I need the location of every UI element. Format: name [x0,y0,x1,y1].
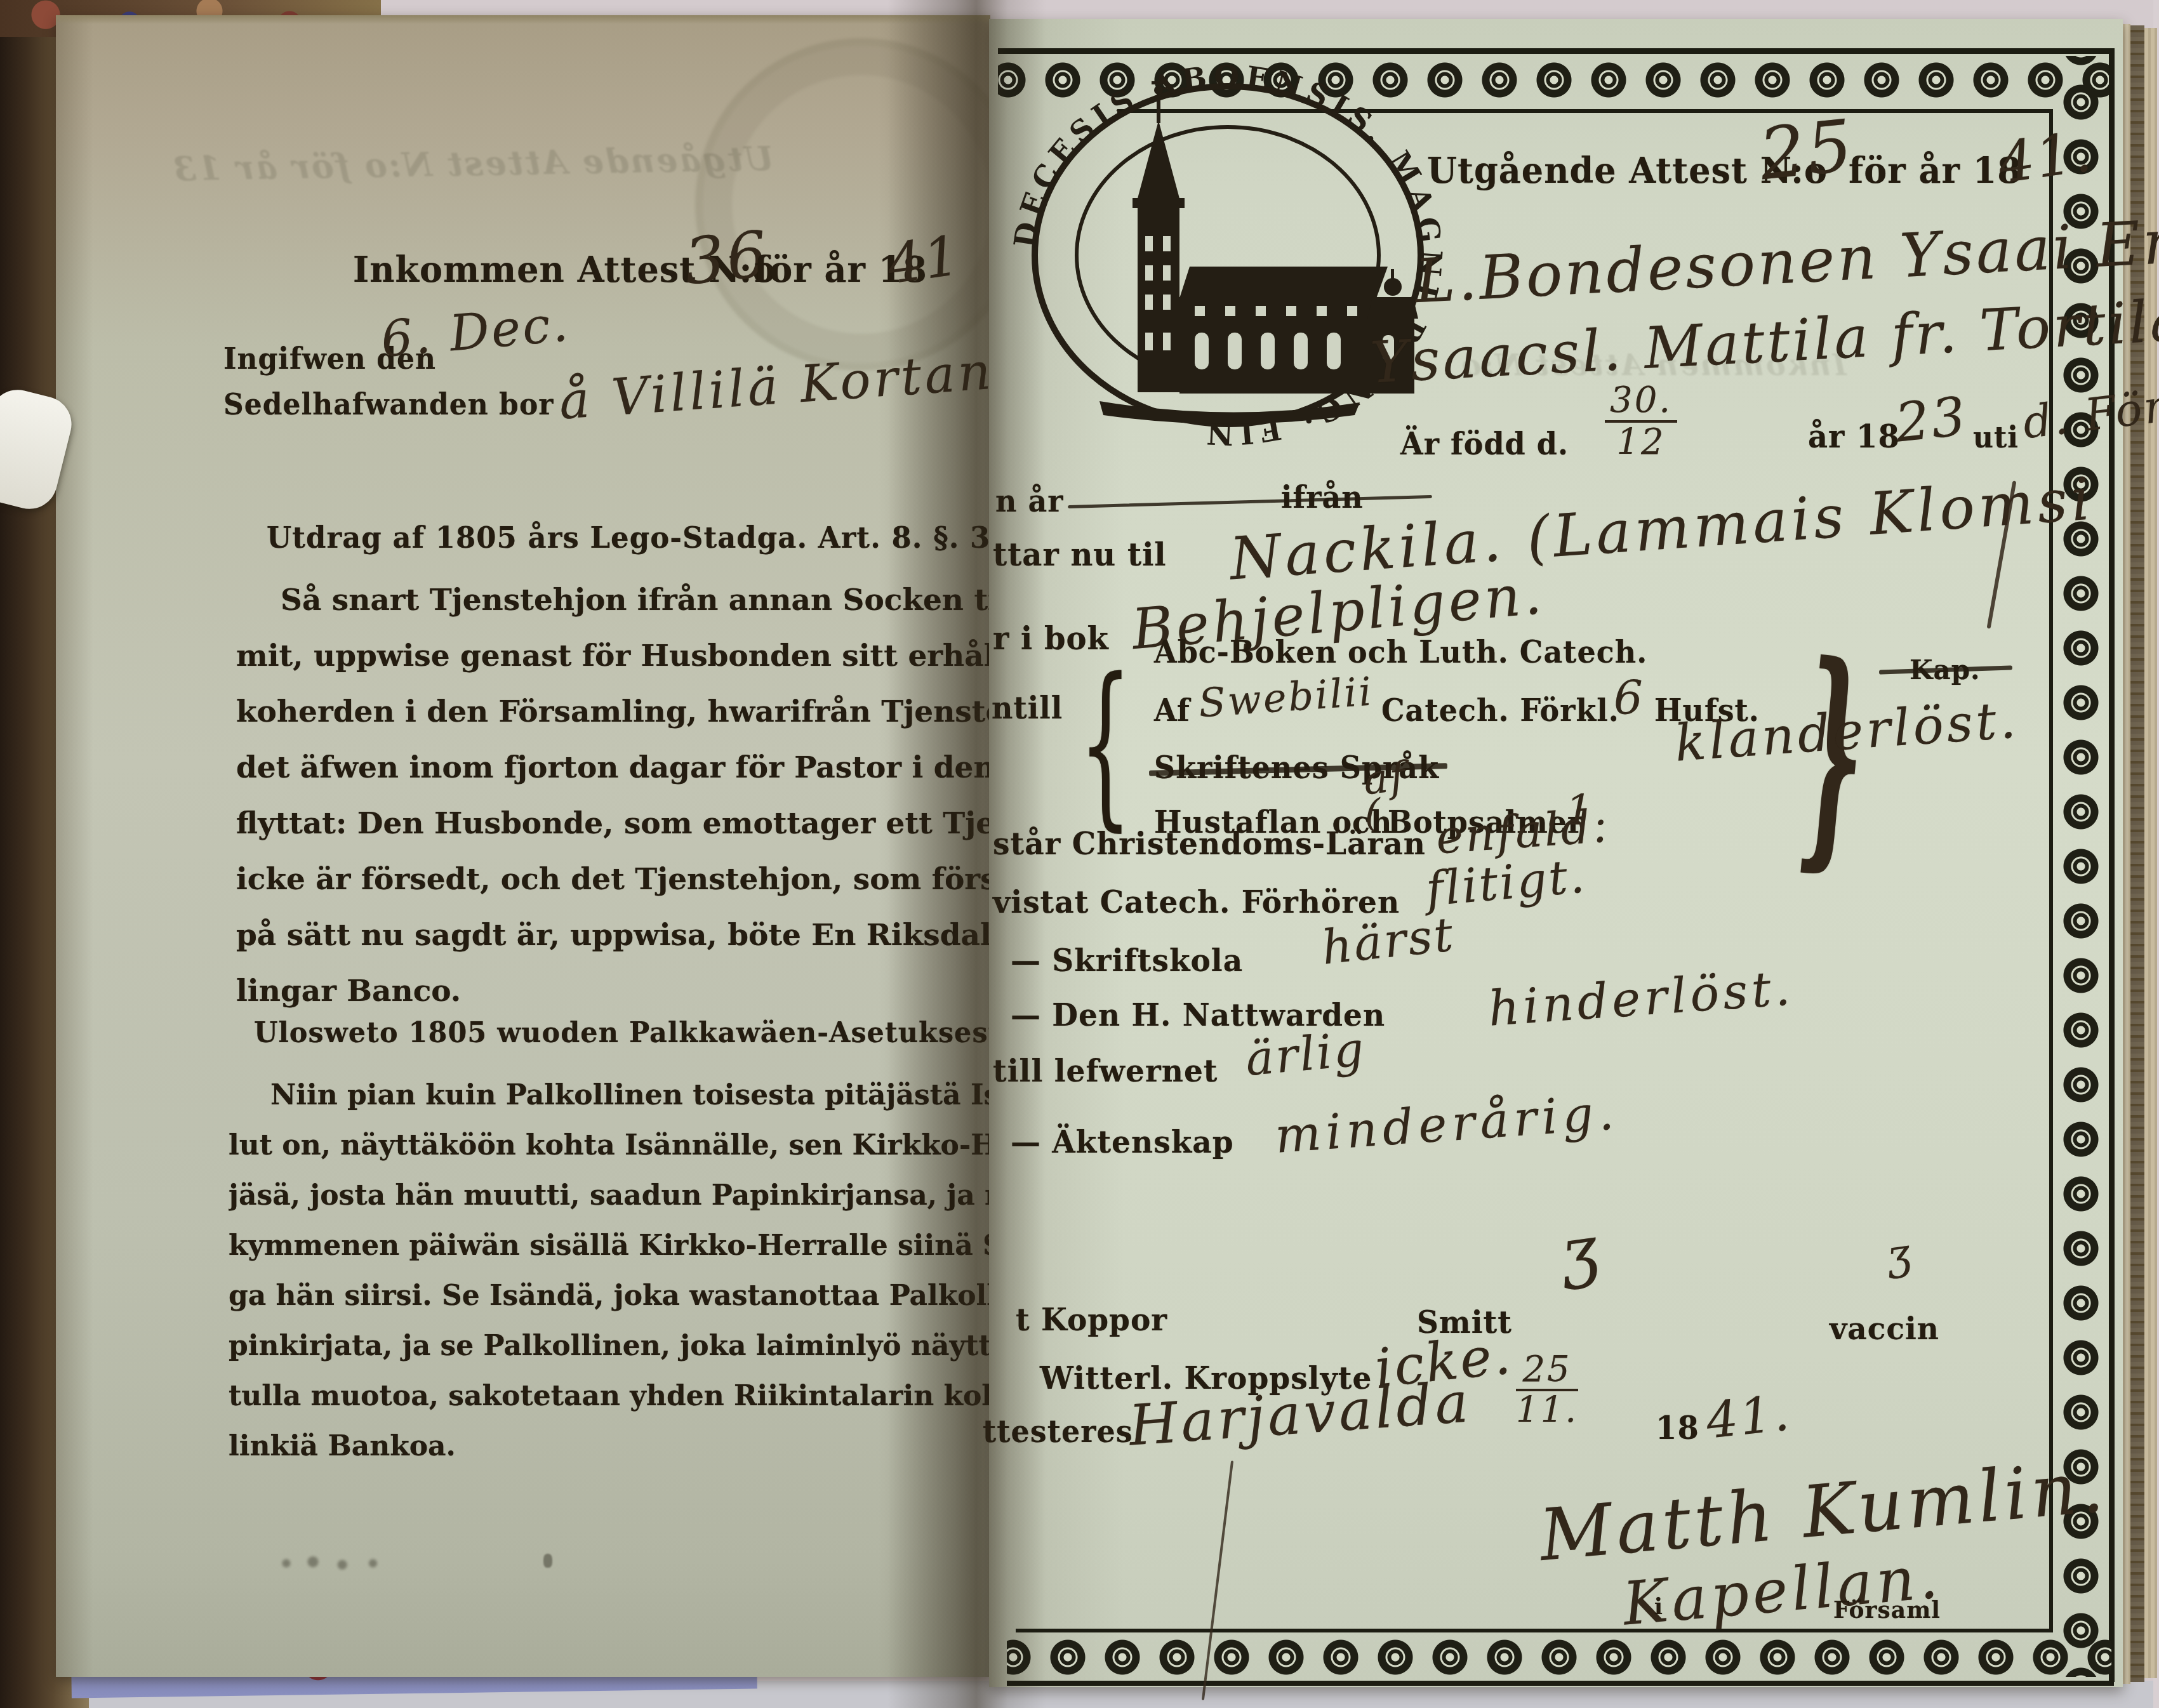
row-christendom-label: står Christendoms-Läran [993,826,1426,862]
catechism-item-1: Abc-Boken och Luth. Catech. [1154,634,1647,670]
right-header-year-handwritten: 41. [1995,118,2097,196]
fraction-denominator: 11. [1516,1391,1578,1429]
statute-line: Så snart Tjenstehjon ifrån annan Socken … [236,573,989,628]
born-label: Är född d. [1400,426,1569,461]
catechism-item-2-prefix: Af [1154,692,1190,728]
border-inner-line-bottom [1016,1629,2053,1632]
footer-i-printed: i [1654,1594,1663,1620]
border-outer-line-bottom [1007,1681,2114,1686]
statute-line: flyttat: Den Husbonde, som emottager ett… [236,796,989,852]
attest-year-printed: 18 [1656,1410,1699,1447]
footer-forsaml-printed: Församl [1833,1596,1941,1624]
statute-line: på sätt nu sagdt är, uppwisa, böte En Ri… [236,908,989,963]
row-lefwernet-value-handwritten: ärlig [1244,1022,1368,1087]
diocese-seal: DECESIS ABOENSIS. MAGNI PRINC: FIN [1004,46,1455,458]
printed-brace: { [1079,640,1133,847]
statute-line: jäsä, josta hän muutti, saadun Papinkirj… [229,1170,989,1221]
attest-date-fraction-handwritten: 25 11. [1516,1351,1578,1429]
statute-line: linkiä Bankoa. [229,1421,989,1471]
statute-line: det äfwen inom fjorton dagar för Pastor … [236,740,989,796]
catechism-item-2-mid: Catech. Förkl. [1381,692,1619,728]
book-photo: Utgående Attest N:o för år 13 Inkommen A… [0,0,2159,1708]
born-year-printed: år 18 [1808,418,1900,455]
faint-pencil-marks [273,1549,406,1578]
born-year-handwritten: 23 [1892,385,1970,454]
left-page-top-edge [56,15,990,24]
statute-line: tulla muotoa, sakotetaan yhden Riikintal… [229,1371,989,1421]
born-uti-printed: uti [1973,421,2019,454]
statute-line: mit, uppwise genast för Husbonden sitt e… [236,628,989,684]
vaccin-label: vaccin [1830,1311,1939,1347]
right-header-number-handwritten: 25 [1756,105,1858,197]
right-header-year-printed: för år 18 [1849,149,2022,192]
catechism-item-2-number-handwritten: 6 [1614,672,1645,725]
born-date-fraction-handwritten: 30. 12 [1605,381,1677,462]
swedish-statute-heading: Utdrag af 1805 års Lego-Stadga. Art. 8. … [267,520,978,555]
statute-line: Niin pian kuin Palkollinen toisesta pitä… [229,1070,989,1120]
border-rosette-band-bottom [1007,1635,2111,1679]
fraction-numerator: 30. [1605,381,1677,423]
statute-line: lingar Banco. [236,963,989,1019]
statute-line: ga hän siirsi. Se Isändä, joka wastanott… [229,1271,989,1321]
sedelhafwanden-label: Sedelhafwanden bor [223,388,554,421]
fraction-numerator: 25 [1516,1351,1578,1391]
attest-year-handwritten: 41. [1704,1384,1794,1450]
finnish-statute-heading: Ulosweto 1805 wuoden Palkkawäen-Asetukse… [254,1016,990,1049]
finnish-statute-paragraph: Niin pian kuin Palkollinen toisesta pitä… [229,1070,989,1471]
swedish-statute-paragraph: Så snart Tjenstehjon ifrån annan Socken … [236,573,989,1019]
book-gutter-shadow [887,0,1046,1708]
statute-line: pinkirjata, ja se Palkollinen, joka laim… [229,1321,989,1371]
row-forhoren-label: vistat Catech. Förhören [993,884,1400,920]
faint-dot-mark [543,1554,552,1568]
statute-line: icke är försedt, och det Tjenstehjon, so… [236,852,989,908]
statute-line: lut on, näyttäköön kohta Isännälle, sen … [229,1120,989,1170]
fraction-denominator: 12 [1605,423,1677,462]
statute-line: koherden i den Församling, hwarifrån Tje… [236,684,989,740]
statute-line: kymmenen päiwän sisällä Kirkko-Herralle … [229,1221,989,1271]
